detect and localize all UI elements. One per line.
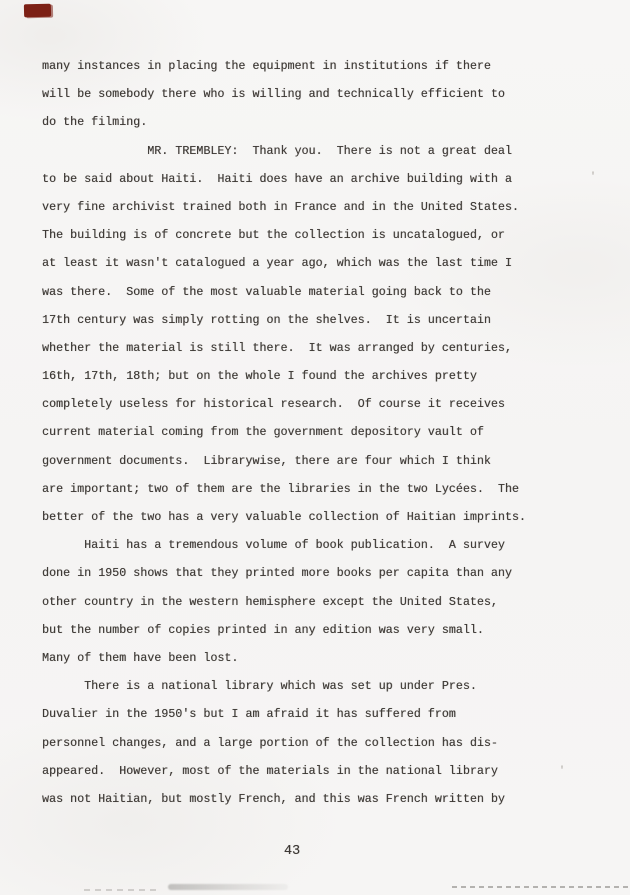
scan-speck: ' — [559, 766, 565, 777]
text-line: MR. TREMBLEY: Thank you. There is not a … — [42, 137, 602, 165]
text-line: better of the two has a very valuable co… — [42, 503, 602, 531]
text-line: 17th century was simply rotting on the s… — [42, 306, 602, 334]
text-line: appeared. However, most of the materials… — [42, 757, 602, 785]
text-line: Duvalier in the 1950's but I am afraid i… — [42, 700, 602, 728]
text-line: was there. Some of the most valuable mat… — [42, 278, 602, 306]
text-line: 16th, 17th, 18th; but on the whole I fou… — [42, 362, 602, 390]
text-line: completely useless for historical resear… — [42, 390, 602, 418]
text-line: government documents. Librarywise, there… — [42, 447, 602, 475]
text-line: The building is of concrete but the coll… — [42, 221, 602, 249]
page-number: 43 — [270, 844, 314, 859]
scan-speck: ' — [590, 172, 596, 183]
text-line: current material coming from the governm… — [42, 418, 602, 446]
scan-smudge — [168, 884, 288, 890]
text-line: personnel changes, and a large portion o… — [42, 729, 602, 757]
text-line: do the filming. — [42, 108, 602, 136]
text-line: at least it wasn't catalogued a year ago… — [42, 249, 602, 277]
scan-edge-artifact — [452, 886, 630, 888]
text-line: will be somebody there who is willing an… — [42, 80, 602, 108]
scan-edge-artifact — [84, 889, 158, 891]
text-line: very fine archivist trained both in Fran… — [42, 193, 602, 221]
text-line: was not Haitian, but mostly French, and … — [42, 785, 602, 813]
text-line: to be said about Haiti. Haiti does have … — [42, 165, 602, 193]
text-line: done in 1950 shows that they printed mor… — [42, 559, 602, 587]
scanned-document-page: many instances in placing the equipment … — [0, 0, 630, 895]
text-line: other country in the western hemisphere … — [42, 588, 602, 616]
text-line: Haiti has a tremendous volume of book pu… — [42, 531, 602, 559]
text-line: There is a national library which was se… — [42, 672, 602, 700]
text-line: whether the material is still there. It … — [42, 334, 602, 362]
typewritten-text: many instances in placing the equipment … — [42, 52, 602, 813]
red-stamp-mark — [24, 4, 51, 18]
text-line: many instances in placing the equipment … — [42, 52, 602, 80]
text-line: Many of them have been lost. — [42, 644, 602, 672]
text-line: but the number of copies printed in any … — [42, 616, 602, 644]
text-line: are important; two of them are the libra… — [42, 475, 602, 503]
